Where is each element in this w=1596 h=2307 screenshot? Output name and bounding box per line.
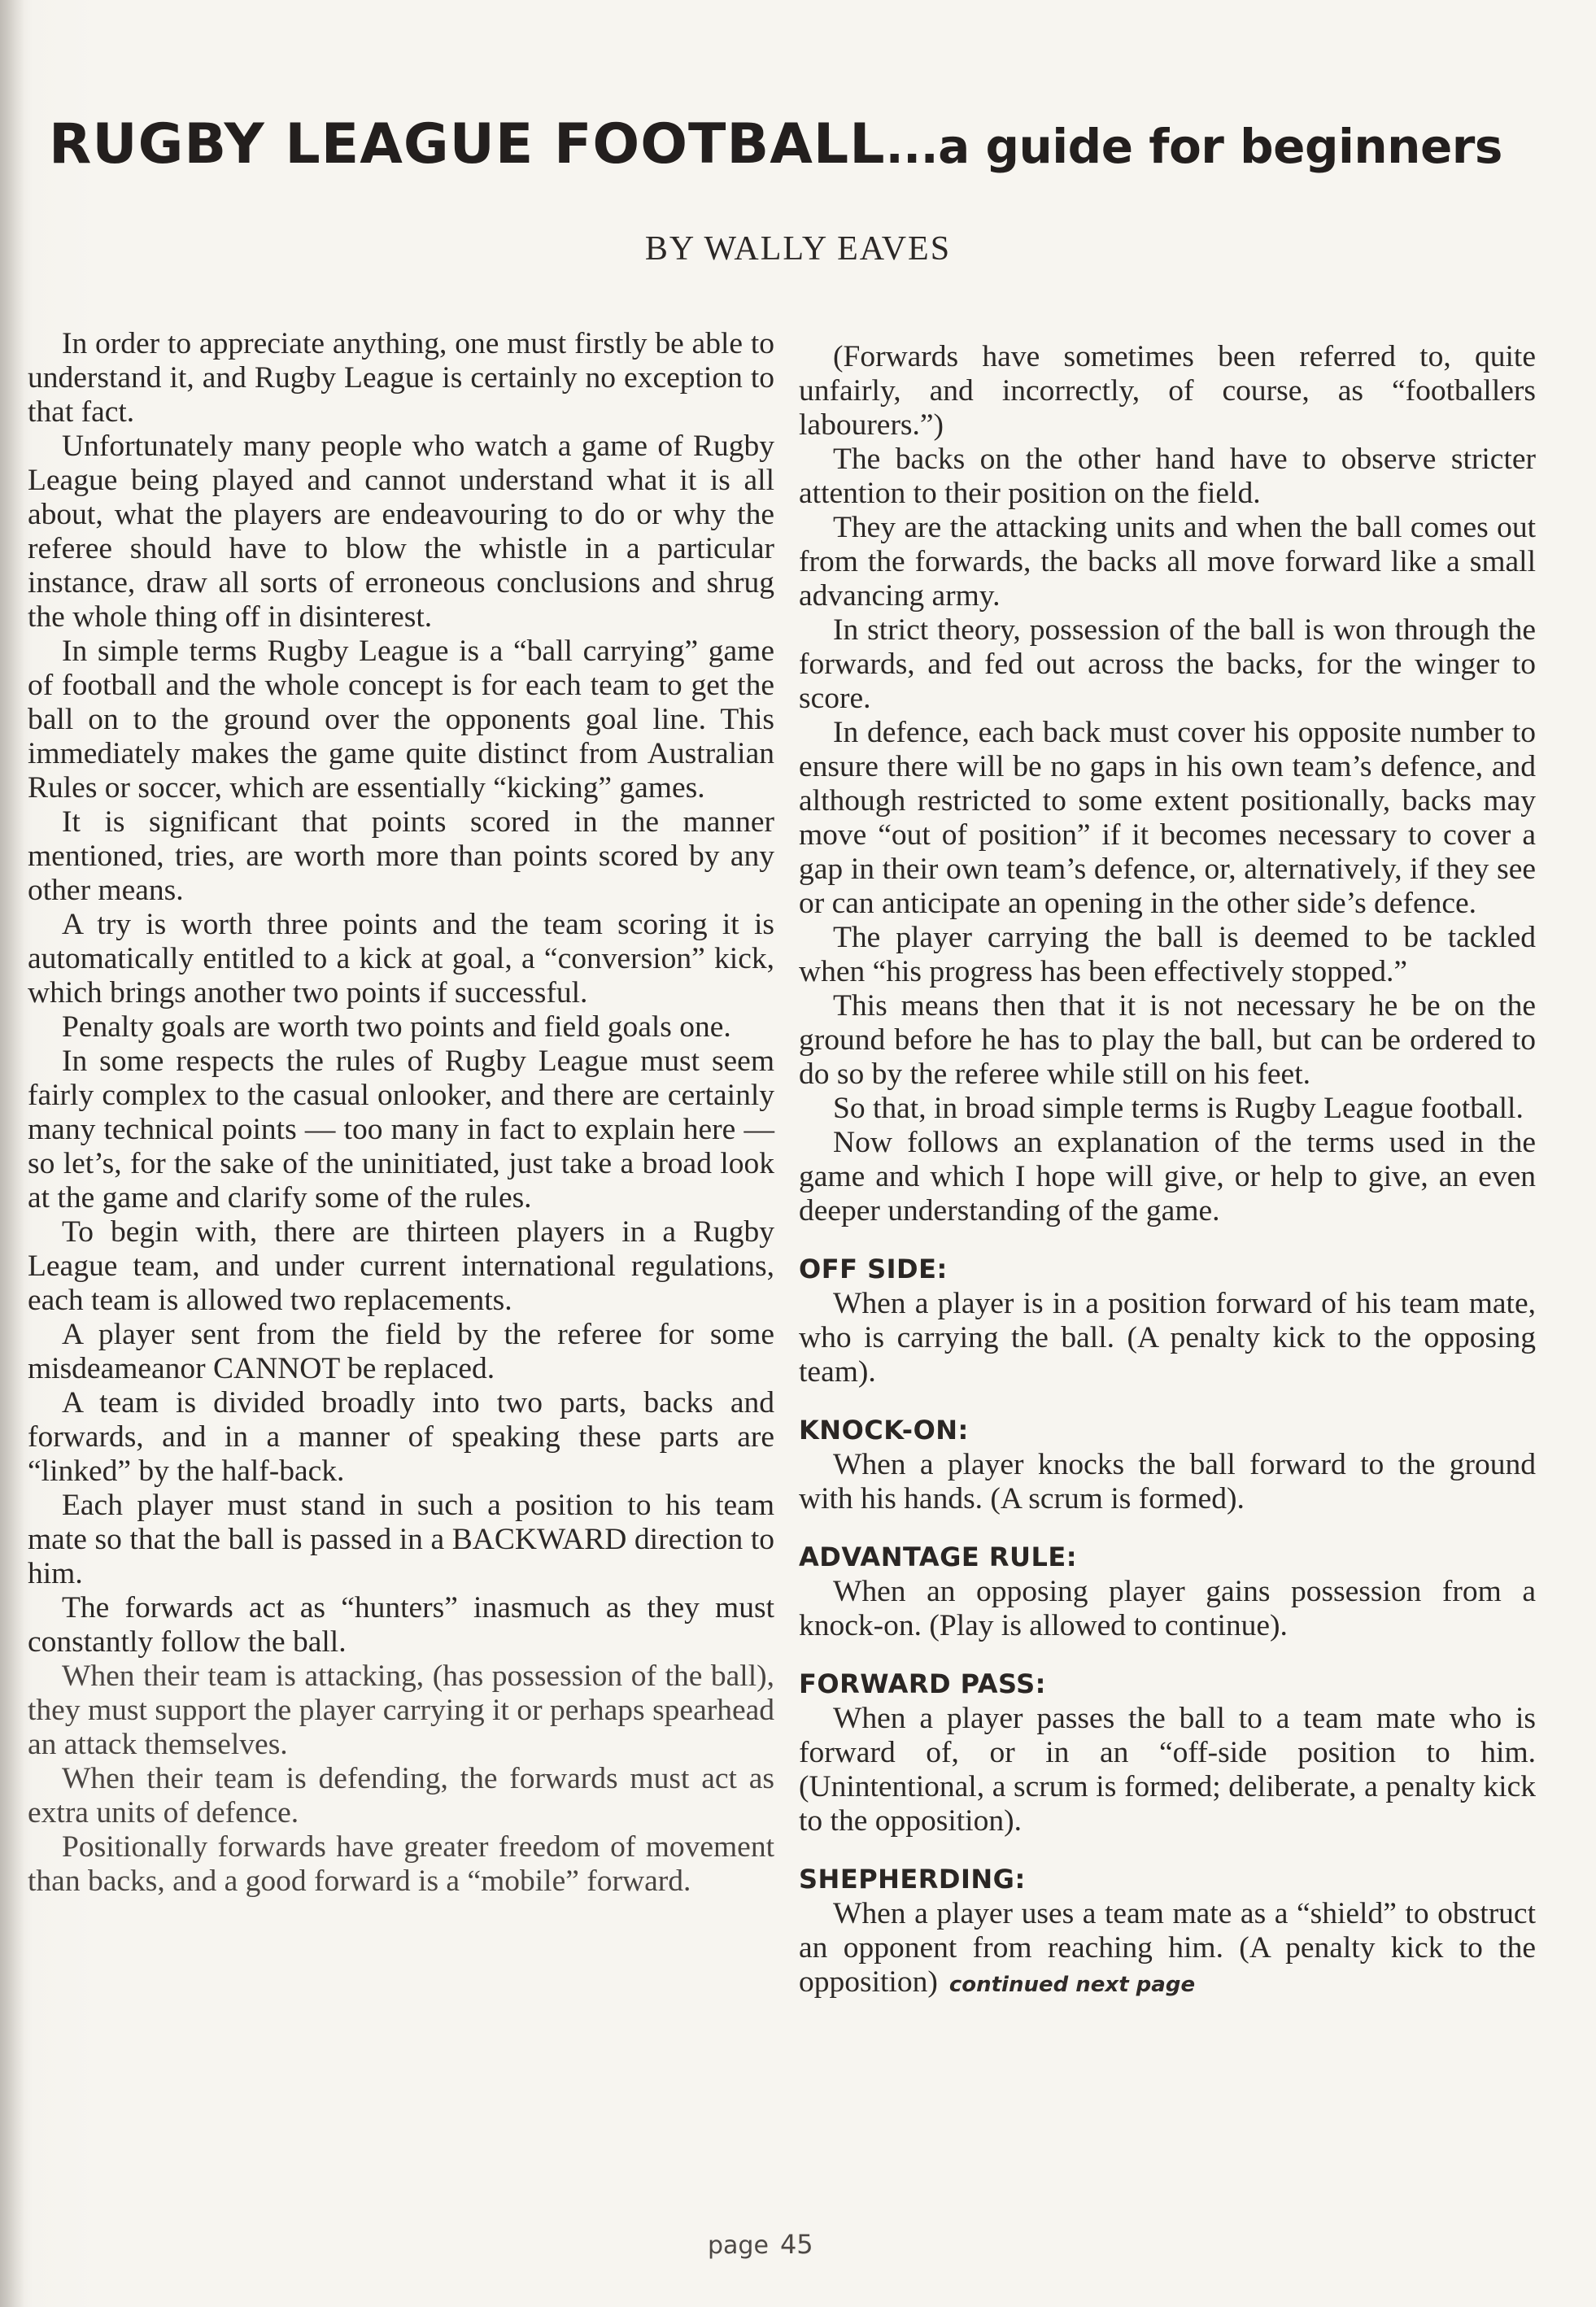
- term-definition: When an opposing player gains possession…: [799, 1575, 1536, 1643]
- paragraph: The backs on the other hand have to obse…: [799, 443, 1536, 511]
- magazine-page: RUGBY LEAGUE FOOTBALL...a guide for begi…: [0, 0, 1596, 2307]
- left-column: In order to appreciate anything, one mus…: [28, 327, 774, 1899]
- headline-subtitle: ...a guide for beginners: [886, 119, 1502, 174]
- glossary-term-shepherding: SHEPHERDING: When a player uses a team m…: [799, 1863, 1536, 2002]
- right-column: (Forwards have sometimes been referred t…: [799, 340, 1536, 2002]
- paragraph: (Forwards have sometimes been referred t…: [799, 340, 1536, 443]
- glossary-term-advantage-rule: ADVANTAGE RULE: When an opposing player …: [799, 1541, 1536, 1643]
- page-number: page45: [708, 2229, 813, 2260]
- spine-shadow: [0, 0, 24, 2307]
- term-definition: When a player uses a team mate as a “shi…: [799, 1897, 1536, 2002]
- term-heading: OFF SIDE:: [799, 1253, 1536, 1285]
- paragraph: In defence, each back must cover his opp…: [799, 716, 1536, 921]
- byline: BY WALLY EAVES: [0, 229, 1596, 268]
- page-label: page: [708, 2231, 769, 2260]
- paragraph: Unfortunately many people who watch a ga…: [28, 430, 774, 635]
- paragraph: To begin with, there are thirteen player…: [28, 1215, 774, 1318]
- term-heading: ADVANTAGE RULE:: [799, 1541, 1536, 1573]
- article-headline: RUGBY LEAGUE FOOTBALL...a guide for begi…: [49, 112, 1562, 177]
- paragraph: In some respects the rules of Rugby Leag…: [28, 1044, 774, 1215]
- glossary-term-off-side: OFF SIDE: When a player is in a position…: [799, 1253, 1536, 1389]
- term-definition: When a player passes the ball to a team …: [799, 1702, 1536, 1838]
- paragraph: It is significant that points scored in …: [28, 805, 774, 908]
- paragraph: Penalty goals are worth two points and f…: [28, 1010, 774, 1044]
- paragraph: So that, in broad simple terms is Rugby …: [799, 1092, 1536, 1126]
- paragraph: In strict theory, possession of the ball…: [799, 613, 1536, 716]
- term-heading: KNOCK-ON:: [799, 1414, 1536, 1446]
- page-number-value: 45: [780, 2229, 813, 2260]
- paragraph: They are the attacking units and when th…: [799, 511, 1536, 613]
- term-definition: When a player knocks the ball forward to…: [799, 1448, 1536, 1516]
- paragraph: A player sent from the field by the refe…: [28, 1318, 774, 1386]
- paragraph: Positionally forwards have greater freed…: [28, 1830, 774, 1899]
- headline-main: RUGBY LEAGUE FOOTBALL: [49, 112, 886, 177]
- paragraph: A try is worth three points and the team…: [28, 908, 774, 1010]
- term-heading: FORWARD PASS:: [799, 1668, 1536, 1700]
- term-heading: SHEPHERDING:: [799, 1863, 1536, 1895]
- paragraph: Now follows an explanation of the terms …: [799, 1126, 1536, 1228]
- glossary-term-knock-on: KNOCK-ON: When a player knocks the ball …: [799, 1414, 1536, 1516]
- continued-next-page-note: continued next page: [949, 1973, 1195, 1997]
- paragraph: The player carrying the ball is deemed t…: [799, 921, 1536, 989]
- paragraph: This means then that it is not necessary…: [799, 989, 1536, 1092]
- term-definition: When a player is in a position forward o…: [799, 1287, 1536, 1389]
- paragraph: In simple terms Rugby League is a “ball …: [28, 635, 774, 805]
- paragraph: A team is divided broadly into two parts…: [28, 1386, 774, 1489]
- glossary-term-forward-pass: FORWARD PASS: When a player passes the b…: [799, 1668, 1536, 1838]
- paragraph: In order to appreciate anything, one mus…: [28, 327, 774, 430]
- paragraph: When their team is defending, the forwar…: [28, 1762, 774, 1830]
- paragraph: The forwards act as “hunters” inasmuch a…: [28, 1591, 774, 1659]
- paragraph: Each player must stand in such a positio…: [28, 1489, 774, 1591]
- paragraph: When their team is attacking, (has posse…: [28, 1659, 774, 1762]
